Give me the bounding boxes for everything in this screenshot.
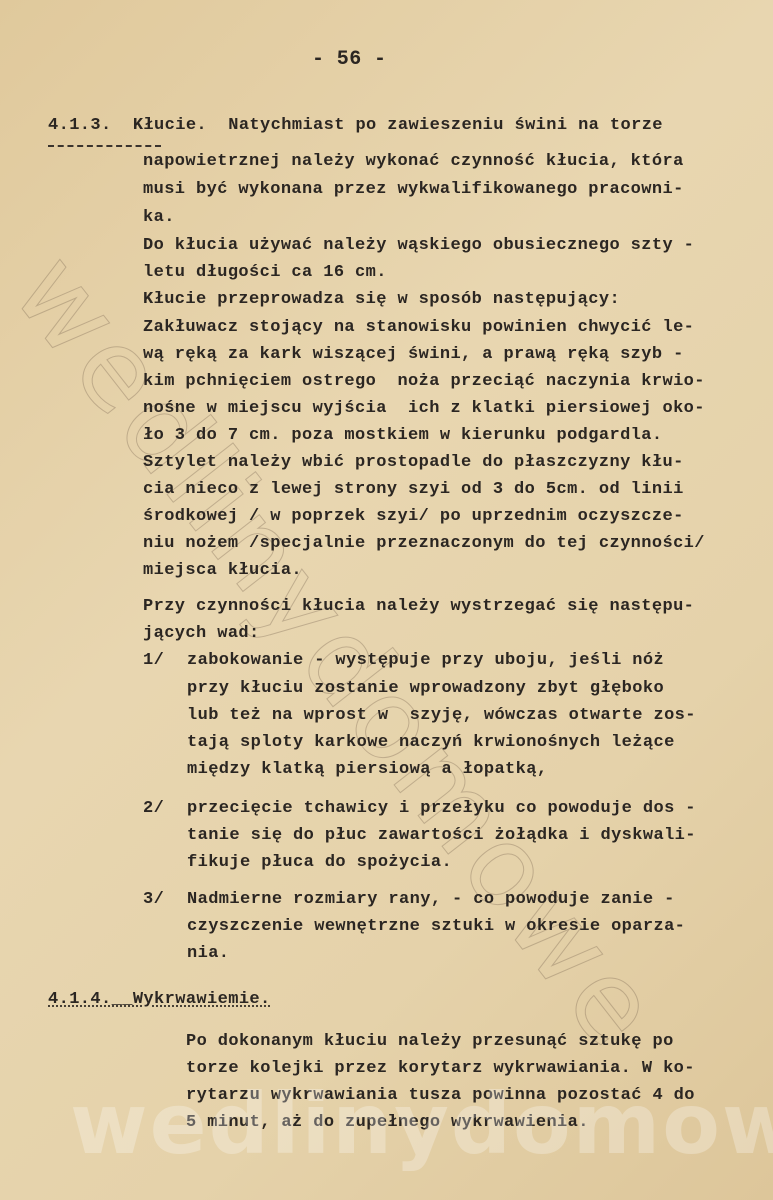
body-line: cia nieco z lewej strony szyi od 3 do 5c… [143, 480, 684, 500]
body-line: ka. [143, 208, 175, 228]
list-item-line: zabokowanie - występuje przy uboju, jeśl… [187, 651, 664, 671]
list-marker: 2/ [143, 799, 164, 819]
body-line: ło 3 do 7 cm. poza mostkiem w kierunku p… [143, 426, 662, 446]
body-line: kim pchnięciem ostrego noża przeciąć nac… [143, 372, 705, 392]
list-item-line: między klatką piersiową a łopatką, [187, 760, 547, 780]
body-line: środkowej / w poprzek szyi/ po uprzednim… [143, 507, 684, 527]
list-item-line: czyszczenie wewnętrzne sztuki w okresie … [187, 917, 685, 937]
defects-intro-line: jących wad: [143, 624, 260, 644]
body-line: Sztylet należy wbić prostopadle do płasz… [143, 453, 684, 473]
list-item-line: przy kłuciu zostanie wprowadzony zbyt gł… [187, 679, 664, 699]
defects-intro-line: Przy czynności kłucia należy wystrzegać … [143, 597, 694, 617]
list-item-line: fikuje płuca do spożycia. [187, 853, 452, 873]
list-item-line: lub też na wprost w szyję, wówczas otwar… [187, 706, 696, 726]
list-item-line: tanie się do płuc zawartości żołądka i d… [187, 826, 696, 846]
body-line: wą ręką za kark wiszącej świni, a prawą … [143, 345, 684, 365]
body-line: musi być wykonana przez wykwalifikowaneg… [143, 180, 684, 200]
body-line: Zakłuwacz stojący na stanowisku powinien… [143, 318, 694, 338]
list-marker: 3/ [143, 890, 164, 910]
body-line: letu długości ca 16 cm. [143, 263, 387, 283]
page-number: - 56 - [312, 50, 386, 70]
list-item-line: przecięcie tchawicy i przełyku co powodu… [187, 799, 696, 819]
list-item-line: tają sploty karkowe naczyń krwionośnych … [187, 733, 675, 753]
section-heading-underline [48, 145, 161, 147]
scanned-document-page: wedlinydomowe - 56 - 4.1.3. Kłucie. Naty… [0, 0, 773, 1200]
body-line: napowietrznej należy wykonać czynność kł… [143, 152, 684, 172]
list-item-line: nia. [187, 944, 229, 964]
body-line: Do kłucia używać należy wąskiego obusiec… [143, 236, 694, 256]
list-marker: 1/ [143, 651, 164, 671]
section-4-1-4-heading: 4.1.4.__Wykrwawiemie. [48, 990, 271, 1010]
bottom-watermark: wedlinydomowe.pl [70, 1075, 773, 1173]
section-4-1-3-heading-line: 4.1.3. Kłucie. Natychmiast po zawieszeni… [48, 116, 663, 136]
body-line: miejsca kłucia. [143, 561, 302, 581]
body-line: Po dokonanym kłuciu należy przesunąć szt… [186, 1032, 674, 1052]
body-line: Kłucie przeprowadza się w sposób następu… [143, 290, 620, 310]
body-line: nośne w miejscu wyjścia ich z klatki pie… [143, 399, 705, 419]
list-item-line: Nadmierne rozmiary rany, - co powoduje z… [187, 890, 675, 910]
body-line: niu nożem /specjalnie przeznaczonym do t… [143, 534, 705, 554]
